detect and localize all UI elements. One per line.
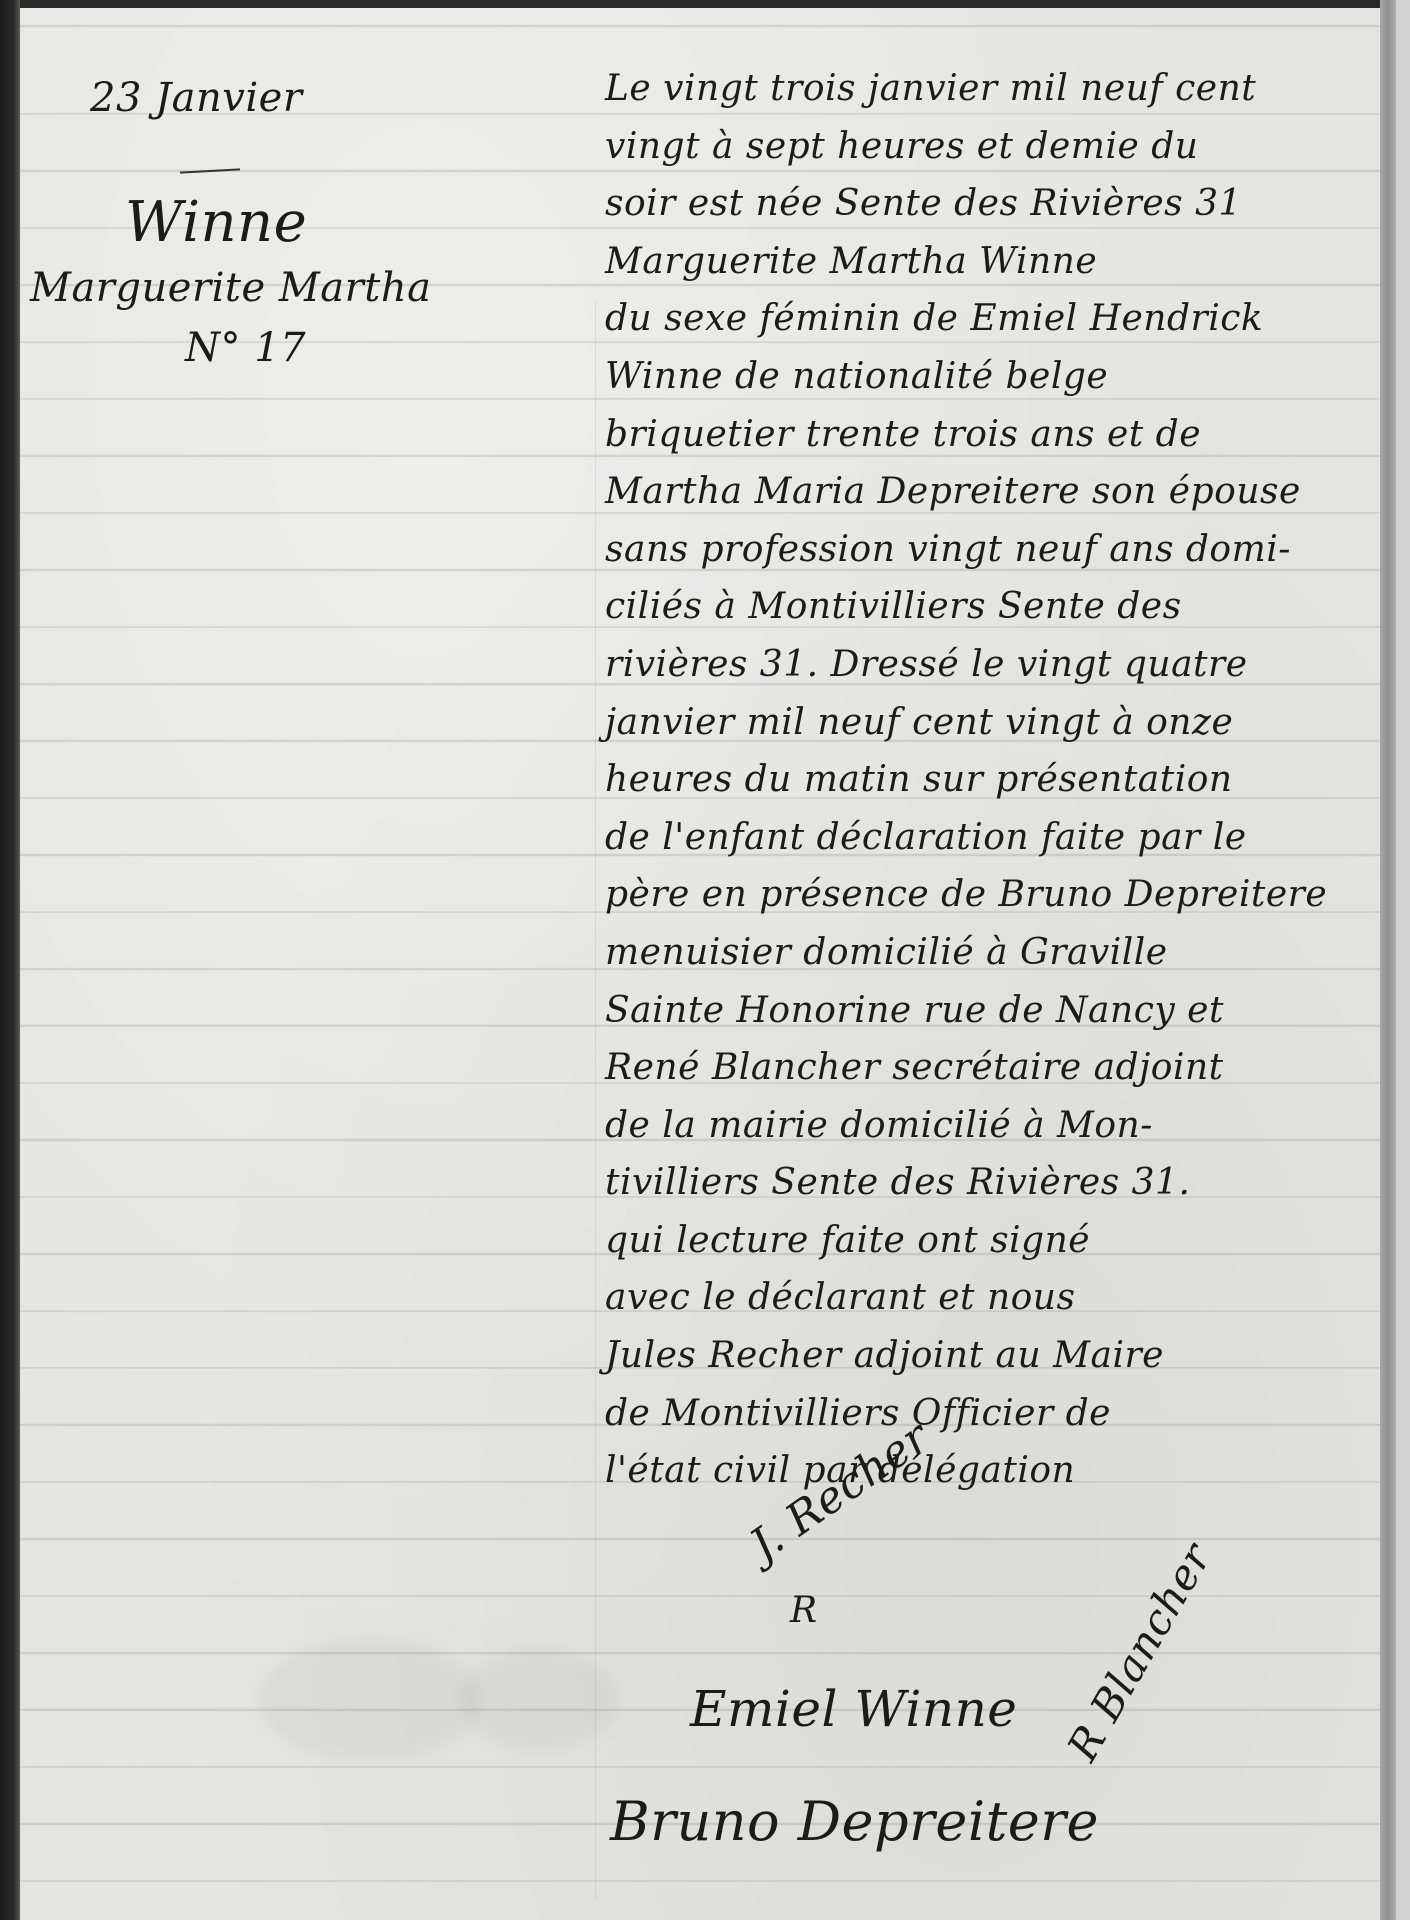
margin-flourish [180,168,240,173]
scan-border-top [0,0,1410,8]
binding-fold [1380,0,1396,1920]
act-line: Le vingt trois janvier mil neuf cent [605,60,1375,118]
act-line: vingt à sept heures et demie du [605,118,1375,176]
signature-witness: Bruno Depreitere [610,1790,1099,1853]
act-line: sans profession vingt neuf ans domi- [605,521,1375,579]
act-line: père en présence de Bruno Depreitere [605,866,1375,924]
act-line: ciliés à Montivilliers Sente des [605,578,1375,636]
act-line: de l'enfant déclaration faite par le [605,809,1375,867]
act-line: Marguerite Martha Winne [605,233,1375,291]
act-line: René Blancher secrétaire adjoint [605,1039,1375,1097]
margin-date: 23 Janvier [90,75,302,121]
signature-father: Emiel Winne [690,1680,1017,1738]
act-line: heures du matin sur présentation [605,751,1375,809]
act-line: l'état civil par délégation [605,1442,1375,1500]
margin-rule [595,300,596,1900]
act-line: janvier mil neuf cent vingt à onze [605,694,1375,752]
act-body: Le vingt trois janvier mil neuf cent vin… [605,60,1375,1500]
bleed-through-mark [260,1640,480,1760]
act-line: de Montivilliers Officier de [605,1385,1375,1443]
bleed-through-mark [460,1650,620,1750]
act-line: soir est née Sente des Rivières 31 [605,175,1375,233]
act-line: Sainte Honorine rue de Nancy et [605,982,1375,1040]
act-line: briquetier trente trois ans et de [605,406,1375,464]
act-line: Winne de nationalité belge [605,348,1375,406]
act-line: Martha Maria Depreitere son épouse [605,463,1375,521]
scan-border-left [0,0,20,1920]
act-line: qui lecture faite ont signé [605,1212,1375,1270]
act-line: de la mairie domicilié à Mon- [605,1097,1375,1155]
act-line: tivilliers Sente des Rivières 31. [605,1154,1375,1212]
act-line: Jules Recher adjoint au Maire [605,1327,1375,1385]
act-line: avec le déclarant et nous [605,1269,1375,1327]
margin-given-names: Marguerite Martha [30,265,431,311]
margin-entry-summary: 23 Janvier Winne Marguerite Martha N° 17 [20,20,580,420]
signature-officer-mark: R [790,1590,818,1631]
facing-page-edge [1396,0,1410,1920]
act-line: menuisier domicilié à Graville [605,924,1375,982]
act-line: rivières 31. Dressé le vingt quatre [605,636,1375,694]
margin-surname: Winne [125,190,307,255]
act-line: du sexe féminin de Emiel Hendrick [605,290,1375,348]
margin-entry-number: N° 17 [185,325,306,371]
